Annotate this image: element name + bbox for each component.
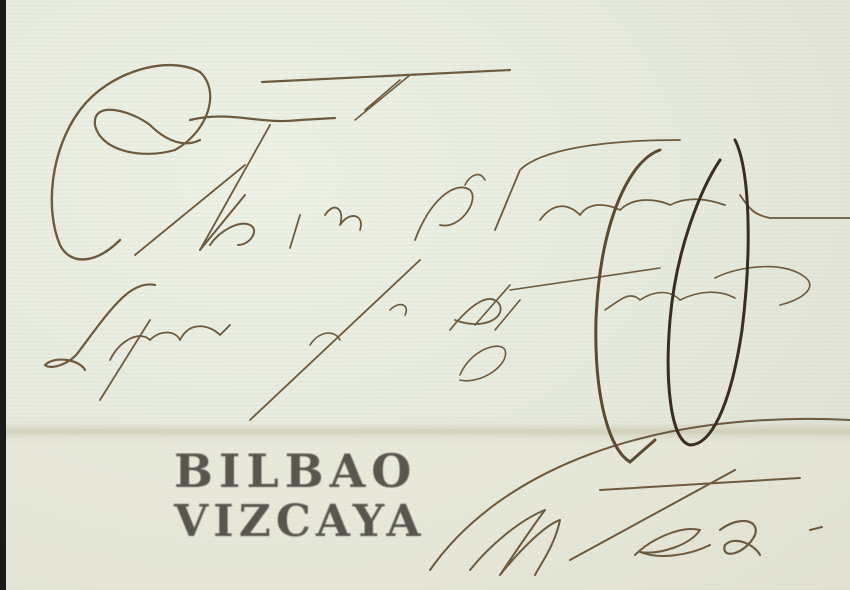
rate-marking-one — [596, 150, 660, 462]
handwriting-ink — [0, 0, 850, 590]
flourish-a — [52, 65, 200, 259]
